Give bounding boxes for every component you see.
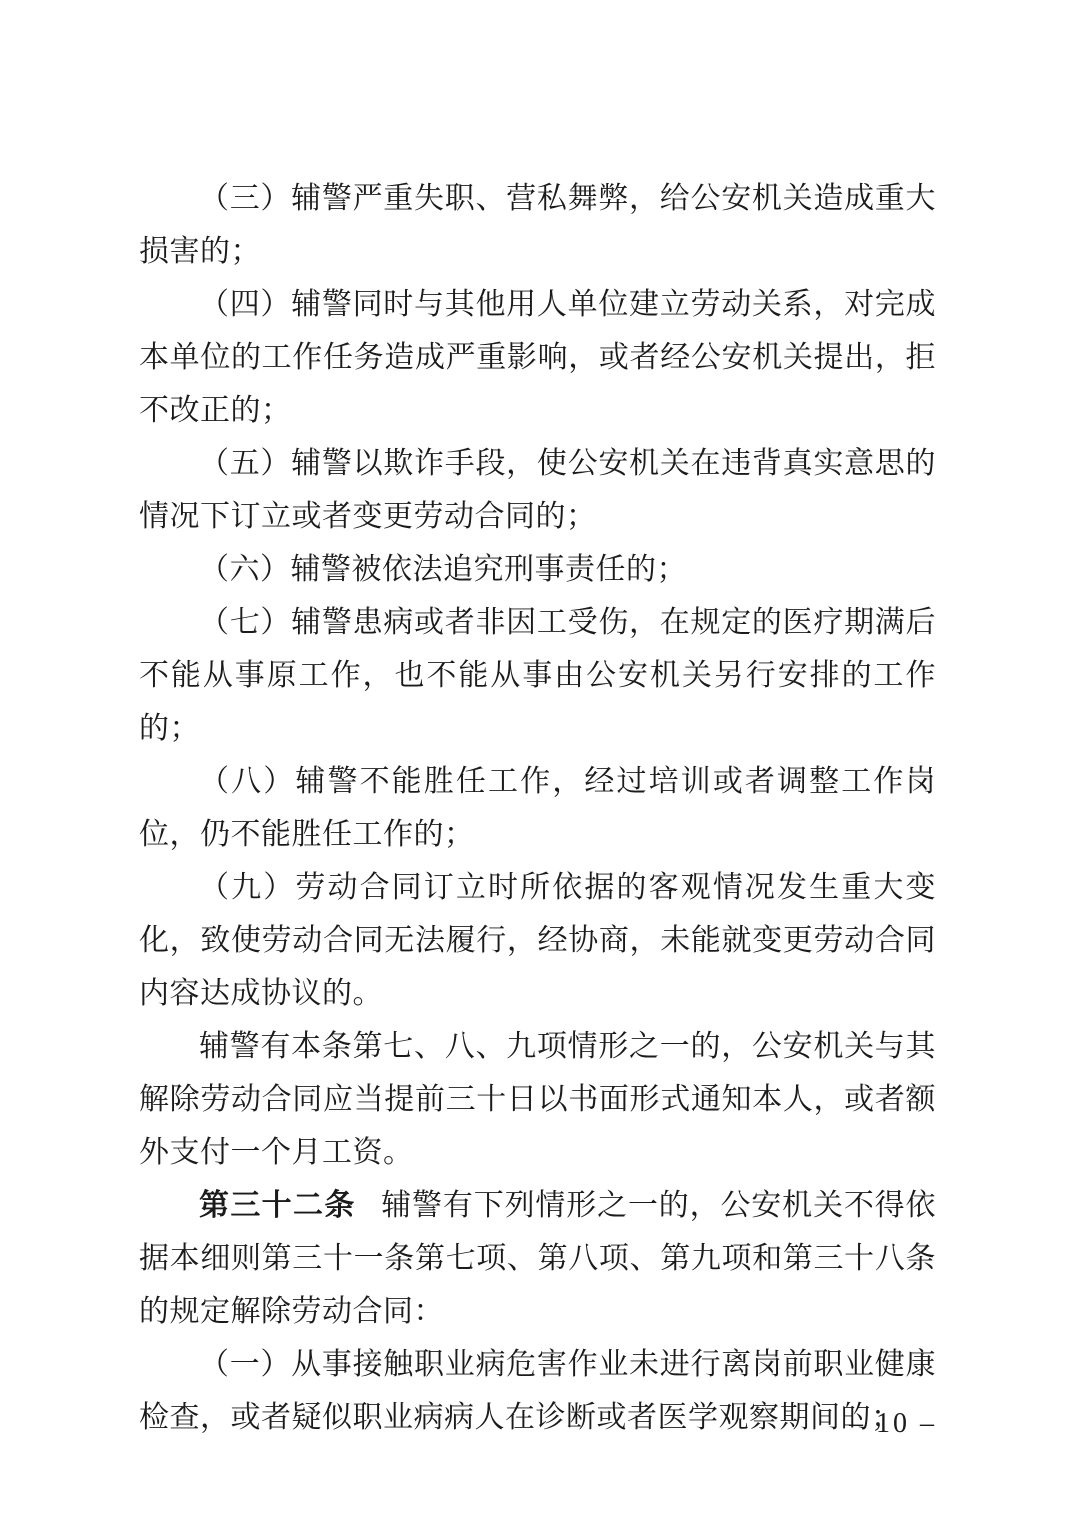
clause-item-3: （三）辅警严重失职、营私舞弊，给公安机关造成重大损害的； [139,172,936,278]
clause-item-4: （四）辅警同时与其他用人单位建立劳动关系，对完成本单位的工作任务造成严重影响，或… [139,278,936,437]
notice-period-paragraph: 辅警有本条第七、八、九项情形之一的，公安机关与其解除劳动合同应当提前三十日以书面… [139,1020,936,1179]
page-number: – 10 – [849,1408,937,1440]
document-page: （三）辅警严重失职、营私舞弊，给公安机关造成重大损害的； （四）辅警同时与其他用… [0,0,1074,1520]
clause-item-9: （九）劳动合同订立时所依据的客观情况发生重大变化，致使劳动合同无法履行，经协商，… [139,861,936,1020]
clause-item-6: （六）辅警被依法追究刑事责任的； [139,543,936,596]
article-32-paragraph: 第三十二条辅警有下列情形之一的，公安机关不得依据本细则第三十一条第七项、第八项、… [139,1179,936,1338]
clause-item-7: （七）辅警患病或者非因工受伤，在规定的医疗期满后不能从事原工作，也不能从事由公安… [139,596,936,755]
article-32-number: 第三十二条 [199,1189,356,1222]
document-body: （三）辅警严重失职、营私舞弊，给公安机关造成重大损害的； （四）辅警同时与其他用… [139,172,936,1444]
clause-item-1: （一）从事接触职业病危害作业未进行离岗前职业健康检查，或者疑似职业病病人在诊断或… [139,1338,936,1444]
clause-item-5: （五）辅警以欺诈手段，使公安机关在违背真实意思的情况下订立或者变更劳动合同的； [139,437,936,543]
clause-item-8: （八）辅警不能胜任工作，经过培训或者调整工作岗位，仍不能胜任工作的； [139,755,936,861]
